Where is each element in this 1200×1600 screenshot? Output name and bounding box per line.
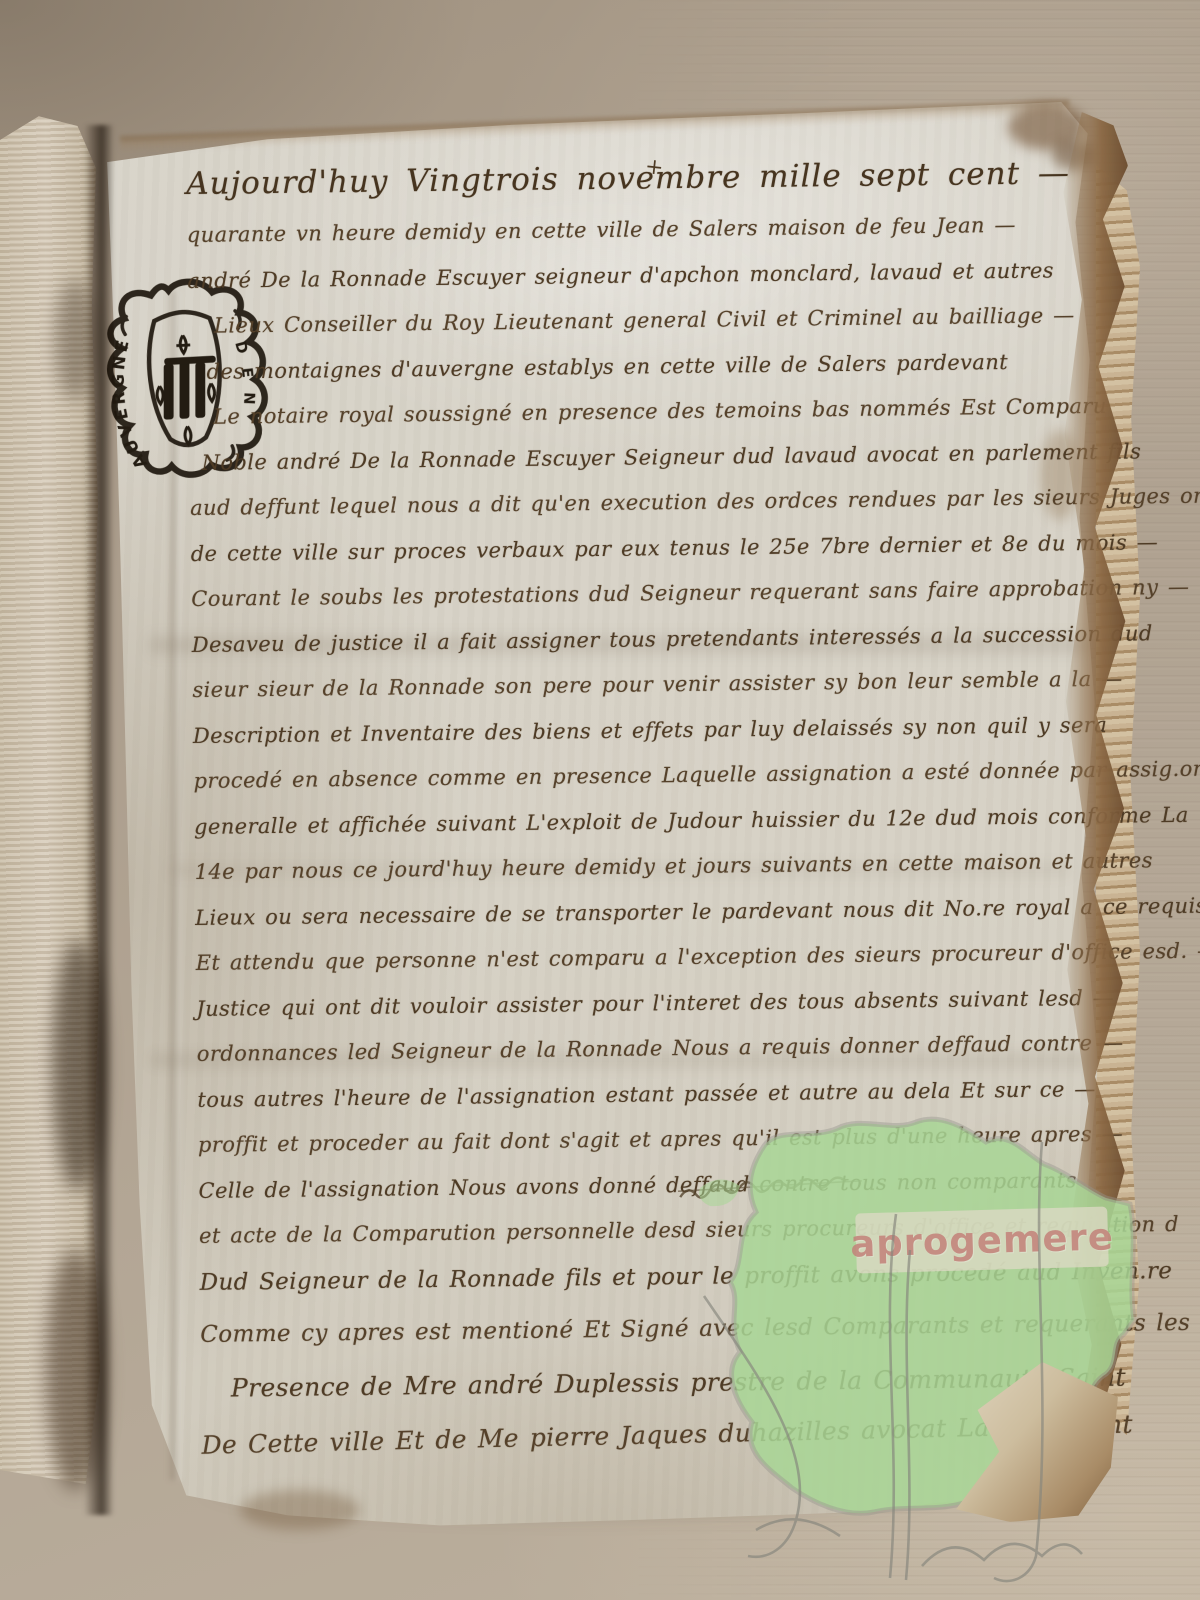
watermark-label-band: aprogemere [855,1206,1109,1273]
bottom-stain [240,1490,360,1530]
photo-scene: AUVERGNE DEN + Aujourd'huy Vingtrois nov… [0,0,1200,1600]
book-gutter-shadow [84,125,114,1515]
watermark-label-text: aprogemere [850,1215,1115,1265]
manuscript-text-block: Aujourd'huy Vingtrois novembre mille sep… [186,155,1117,1478]
